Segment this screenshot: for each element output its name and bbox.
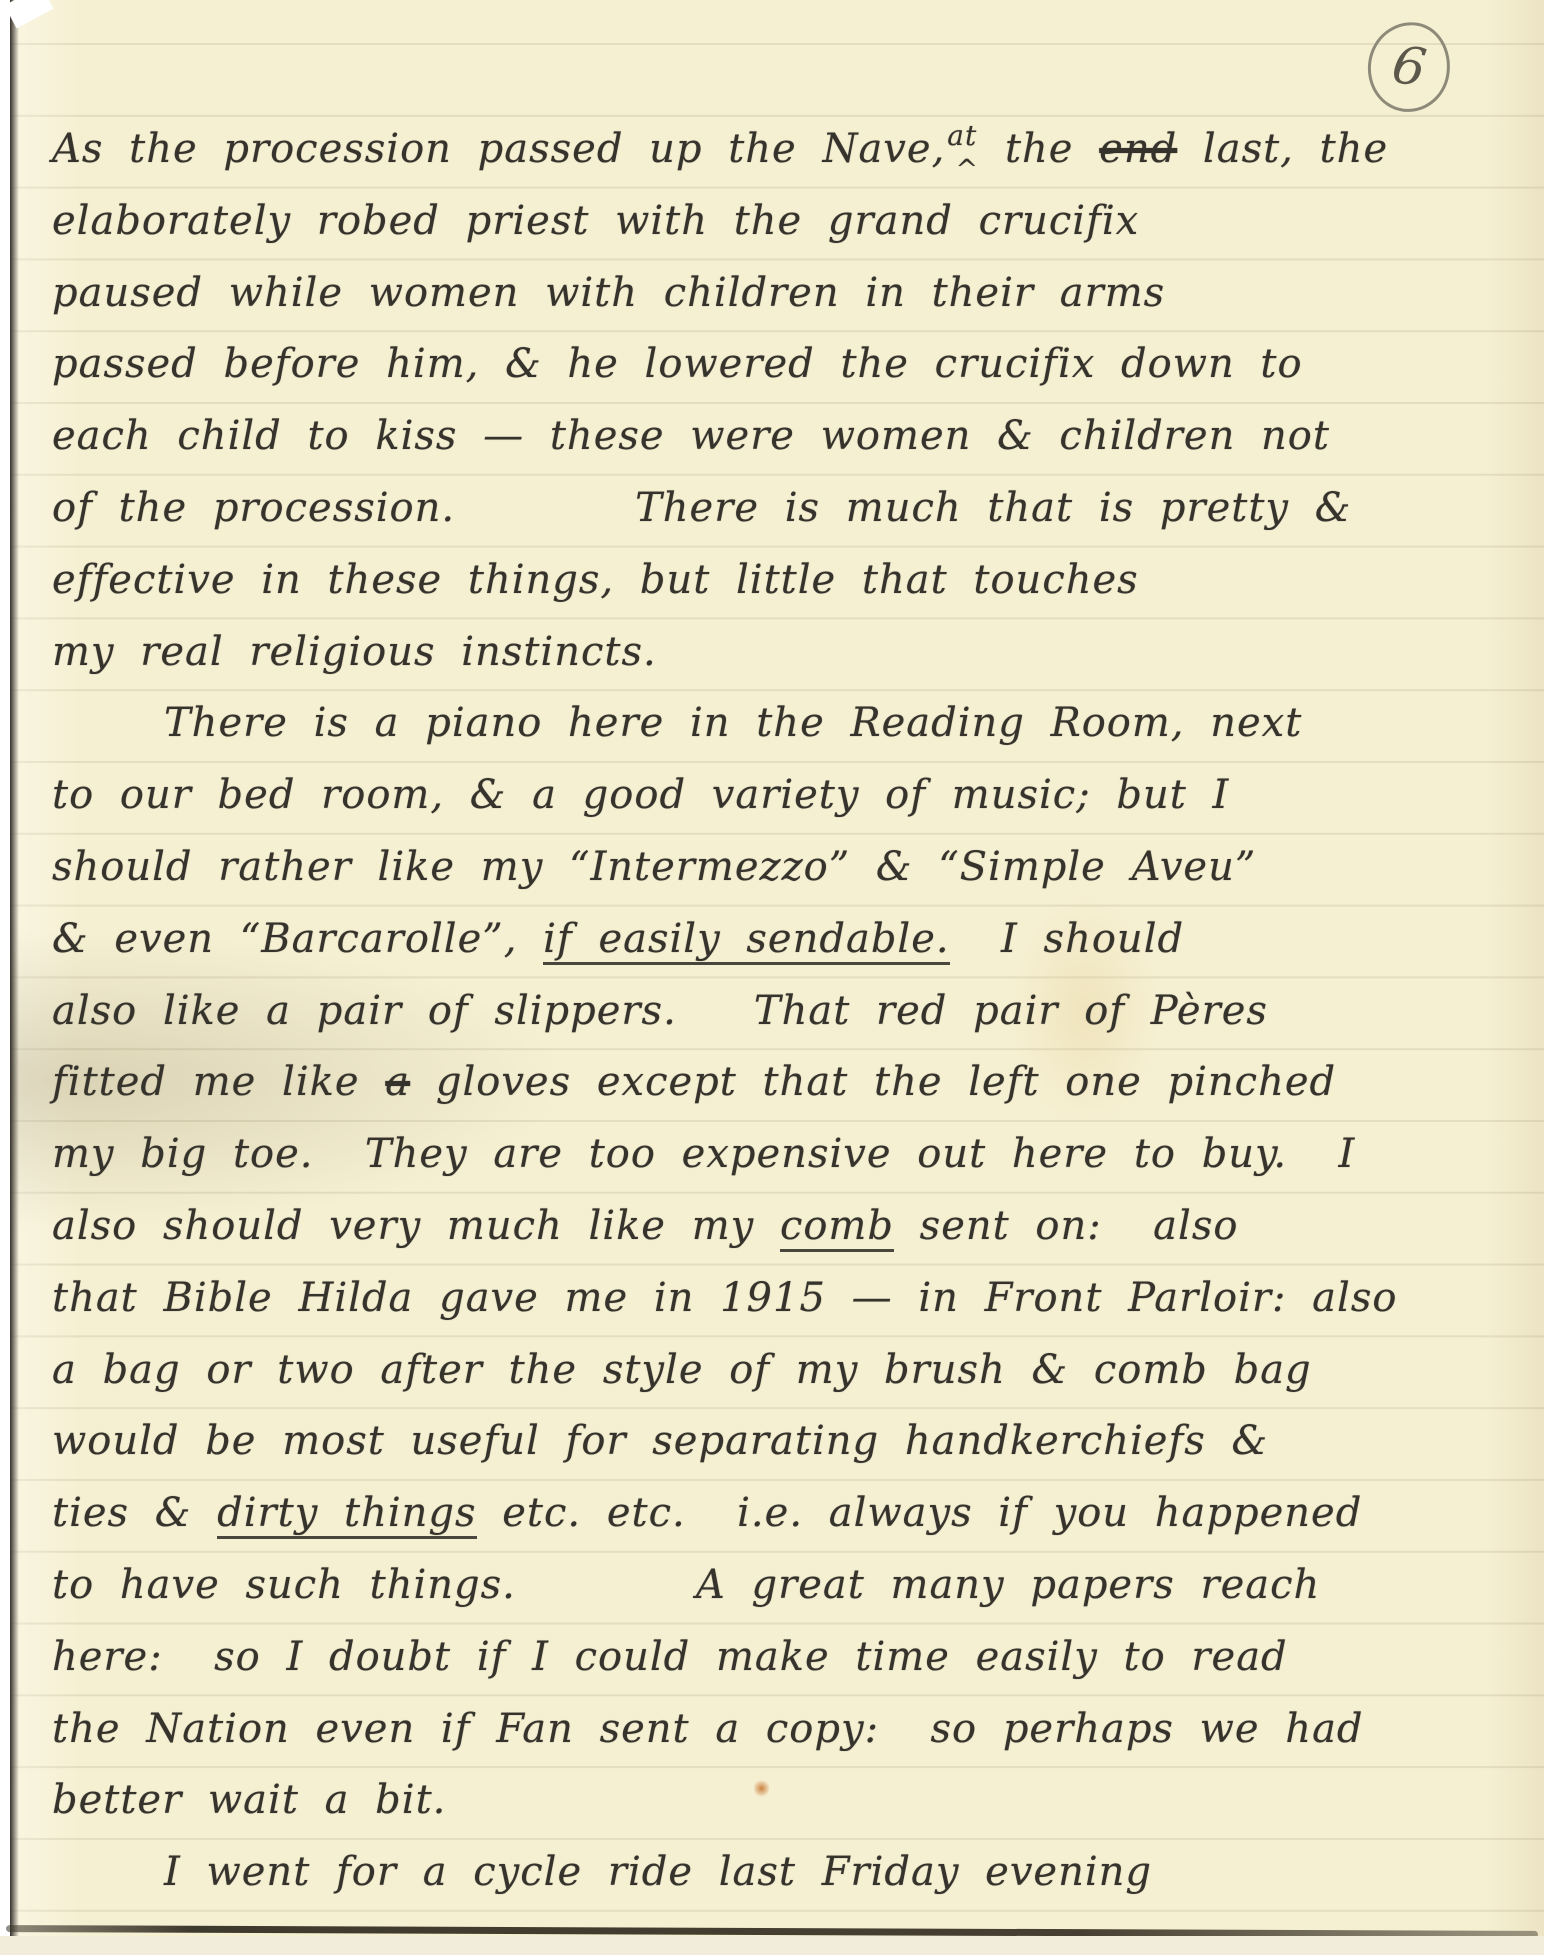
- handwriting-text: better wait a bit.: [52, 1777, 446, 1823]
- handwriting-text: I went for a cycle ride last Friday even…: [164, 1849, 1152, 1895]
- handwriting-text: fitted me like: [52, 1059, 385, 1105]
- handwritten-line: & even “Barcarolle”, if easily sendable.…: [52, 904, 1514, 976]
- handwritten-line: my big toe. They are too expensive out h…: [52, 1119, 1514, 1191]
- handwriting-text: the: [979, 126, 1099, 172]
- handwritten-line: effective in these things, but little th…: [52, 545, 1514, 617]
- handwriting-text: to our bed room, & a good variety of mus…: [52, 772, 1229, 818]
- handwriting-text: here: so I doubt if I could make time ea…: [52, 1634, 1288, 1680]
- handwriting-text: ties &: [52, 1490, 217, 1536]
- handwritten-line: each child to kiss — these were women & …: [52, 401, 1514, 473]
- handwriting-text: would be most useful for separating hand…: [52, 1418, 1268, 1464]
- handwritten-line: There is a piano here in the Reading Roo…: [52, 688, 1514, 760]
- underlined-text: if easily sendable.: [543, 916, 949, 965]
- letter-body: As the procession passed up the Nave,at …: [52, 114, 1514, 1909]
- scanned-letter-page: 6 As the procession passed up the Nave,a…: [0, 0, 1544, 1955]
- handwriting-text: my real religious instincts.: [52, 629, 657, 675]
- handwriting-text: that Bible Hilda gave me in 1915 — in Fr…: [52, 1275, 1397, 1321]
- handwriting-text: each child to kiss — these were women & …: [52, 413, 1330, 459]
- handwritten-line: should rather like my “Intermezzo” & “Si…: [52, 832, 1514, 904]
- handwriting-text: a bag or two after the style of my brush…: [52, 1347, 1312, 1393]
- handwriting-text: elaborately robed priest with the grand …: [52, 198, 1139, 244]
- handwriting-text: should rather like my “Intermezzo” & “Si…: [52, 844, 1256, 890]
- handwritten-line: elaborately robed priest with the grand …: [52, 186, 1514, 258]
- handwritten-line: my real religious instincts.: [52, 617, 1514, 689]
- handwriting-text: my big toe. They are too expensive out h…: [52, 1131, 1355, 1177]
- handwritten-line: here: so I doubt if I could make time ea…: [52, 1622, 1514, 1694]
- handwriting-text: passed before him, & he lowered the cruc…: [52, 341, 1303, 387]
- handwriting-text: also should very much like my: [52, 1203, 780, 1249]
- handwriting-text: also like a pair of slippers. That red p…: [52, 988, 1268, 1034]
- paper-below-strip: [0, 1936, 1544, 1955]
- paper-left-edge: [10, 0, 19, 1936]
- handwritten-line: to our bed room, & a good variety of mus…: [52, 760, 1514, 832]
- handwritten-line: better wait a bit.: [52, 1765, 1514, 1837]
- handwriting-text: There is a piano here in the Reading Roo…: [164, 700, 1302, 746]
- handwritten-line: that Bible Hilda gave me in 1915 — in Fr…: [52, 1263, 1514, 1335]
- handwritten-line: a bag or two after the style of my brush…: [52, 1335, 1514, 1407]
- handwritten-line: passed before him, & he lowered the cruc…: [52, 329, 1514, 401]
- handwriting-text: to have such things. A great many papers…: [52, 1562, 1320, 1608]
- handwritten-line: ties & dirty things etc. etc. i.e. alway…: [52, 1478, 1514, 1550]
- handwriting-text: sent on: also: [894, 1203, 1238, 1249]
- inserted-word: at: [947, 122, 977, 150]
- handwritten-line: paused while women with children in thei…: [52, 258, 1514, 330]
- handwritten-line: fitted me like a gloves except that the …: [52, 1047, 1514, 1119]
- handwritten-line: I went for a cycle ride last Friday even…: [52, 1837, 1514, 1909]
- handwriting-text: the Nation even if Fan sent a copy: so p…: [52, 1706, 1364, 1752]
- handwritten-line: also should very much like my comb sent …: [52, 1191, 1514, 1263]
- handwriting-text: I should: [950, 916, 1184, 962]
- handwritten-line: the Nation even if Fan sent a copy: so p…: [52, 1694, 1514, 1766]
- handwriting-text: effective in these things, but little th…: [52, 557, 1139, 603]
- handwriting-text: gloves except that the left one pinched: [410, 1059, 1336, 1105]
- handwritten-line: would be most useful for separating hand…: [52, 1406, 1514, 1478]
- handwritten-line: As the procession passed up the Nave,at …: [52, 114, 1514, 186]
- handwritten-line: of the procession. There is much that is…: [52, 473, 1514, 545]
- handwriting-text: of the procession. There is much that is…: [52, 485, 1351, 531]
- underlined-text: comb: [780, 1203, 894, 1252]
- struck-out-word: end: [1099, 126, 1177, 172]
- page-number: 6: [1388, 35, 1430, 99]
- handwriting-text: paused while women with children in thei…: [52, 270, 1165, 316]
- handwriting-text: last, the: [1177, 126, 1388, 172]
- underlined-text: dirty things: [217, 1490, 476, 1539]
- struck-out-word: a: [385, 1059, 410, 1105]
- handwritten-line: to have such things. A great many papers…: [52, 1550, 1514, 1622]
- handwriting-text: etc. etc. i.e. always if you happened: [477, 1490, 1363, 1536]
- handwritten-line: also like a pair of slippers. That red p…: [52, 976, 1514, 1048]
- handwriting-text: & even “Barcarolle”,: [52, 916, 543, 962]
- handwriting-text: As the procession passed up the Nave,: [52, 126, 945, 172]
